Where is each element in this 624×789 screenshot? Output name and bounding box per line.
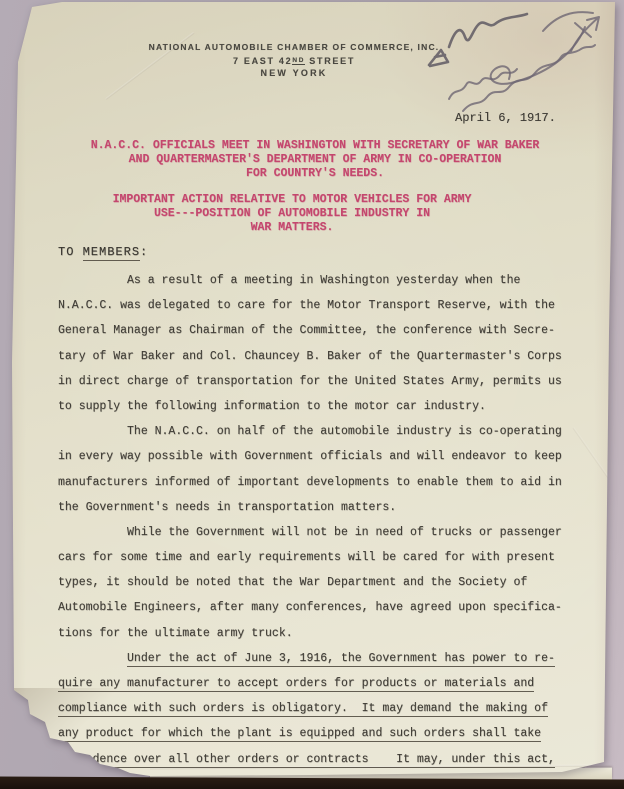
paragraph-indent	[58, 526, 127, 539]
typed-text: While the Government will not be in need…	[127, 526, 562, 539]
paragraph-indent	[58, 652, 127, 665]
typed-text: in direct charge of transportation for t…	[58, 375, 562, 388]
typed-line: cars for some time and early requirement…	[58, 545, 598, 570]
address-ordinal: ND	[292, 57, 305, 65]
typed-text: Automobile Engineers, after many confere…	[58, 601, 562, 614]
typed-text: General Manager as Chairman of the Commi…	[58, 324, 555, 337]
headline-line: WAR MATTERS.	[10, 221, 574, 235]
photo-scene: NATIONAL AUTOMOBILE CHAMBER OF COMMERCE,…	[0, 0, 624, 789]
headline-primary: N.A.C.C. OFFICIALS MEET IN WASHINGTON WI…	[10, 139, 620, 181]
typed-text: to supply the following information to t…	[58, 400, 486, 413]
letter-body: As a result of a meeting in Washington y…	[58, 268, 598, 772]
typed-text: quire any manufacturer to accept orders …	[58, 677, 534, 692]
typed-line-underlined: ecedence over all other orders or contra…	[58, 747, 598, 772]
handwritten-annotation	[415, 5, 615, 125]
typed-line: N.A.C.C. was delegated to care for the M…	[58, 293, 598, 318]
typed-text: any product for which the plant is equip…	[58, 727, 541, 742]
salutation-prefix: TO	[58, 245, 83, 259]
document-photo: { "document": { "letterhead": { "org_nam…	[0, 0, 624, 789]
typed-text: types, it should be noted that the War D…	[58, 576, 527, 589]
salutation-addressee: MEMBERS	[83, 245, 140, 261]
address-street: STREET	[305, 56, 355, 66]
headline-line: USE---POSITION OF AUTOMOBILE INDUSTRY IN	[10, 207, 574, 221]
typed-line: As a result of a meeting in Washington y…	[58, 268, 598, 293]
typed-line-underlined: Under the act of June 3, 1916, the Gover…	[58, 646, 598, 671]
typed-line-underlined: any product for which the plant is equip…	[58, 721, 598, 746]
typed-line: tions for the ultimate army truck.	[58, 621, 598, 646]
pencil-scribble-top	[449, 14, 527, 47]
salutation-colon: :	[140, 245, 148, 259]
typed-text: tary of War Baker and Col. Chauncey B. B…	[58, 350, 562, 363]
tear-gap	[58, 753, 72, 766]
typed-line-underlined: compliance with such orders is obligator…	[58, 696, 598, 721]
paper-wrap: NATIONAL AUTOMOBILE CHAMBER OF COMMERCE,…	[0, 0, 624, 789]
typed-line: The N.A.C.C. on half of the automobile i…	[58, 419, 598, 444]
typed-line: the Government's needs in transportation…	[58, 495, 598, 520]
typed-text: manufacturers informed of important deve…	[58, 476, 562, 489]
typed-line: types, it should be noted that the War D…	[58, 570, 598, 595]
typed-text: As a result of a meeting in Washington y…	[127, 274, 520, 287]
headline-line: AND QUARTERMASTER'S DEPARTMENT OF ARMY I…	[10, 153, 620, 167]
table-edge	[0, 776, 624, 789]
date-line: April 6, 1917.	[455, 111, 556, 125]
typed-text: cars for some time and early requirement…	[58, 551, 555, 564]
letter-page: NATIONAL AUTOMOBILE CHAMBER OF COMMERCE,…	[10, 2, 620, 780]
typed-line: to supply the following information to t…	[58, 394, 598, 419]
typed-text: Under the act of June 3, 1916, the Gover…	[127, 652, 555, 667]
typed-text: tions for the ultimate army truck.	[58, 627, 293, 640]
address-number: 7 EAST 42	[233, 56, 292, 66]
headline-line: FOR COUNTRY'S NEEDS.	[10, 167, 620, 181]
typed-text: N.A.C.C. was delegated to care for the M…	[58, 299, 555, 312]
headline-line: N.A.C.C. OFFICIALS MEET IN WASHINGTON WI…	[10, 139, 620, 153]
typed-line: in every way possible with Government of…	[58, 444, 598, 469]
typed-line: While the Government will not be in need…	[58, 520, 598, 545]
headline-secondary: IMPORTANT ACTION RELATIVE TO MOTOR VEHIC…	[10, 193, 620, 235]
typed-line: tary of War Baker and Col. Chauncey B. B…	[58, 344, 598, 369]
typed-text: compliance with such orders is obligator…	[58, 702, 548, 717]
paragraph-indent	[58, 274, 127, 287]
typed-line-underlined: quire any manufacturer to accept orders …	[58, 671, 598, 696]
paragraph-indent	[58, 425, 127, 438]
typed-text: in every way possible with Government of…	[58, 450, 562, 463]
typed-line: Automobile Engineers, after many confere…	[58, 595, 598, 620]
typed-text: the Government's needs in transportation…	[58, 501, 396, 514]
typed-text: ecedence over all other orders or contra…	[72, 753, 555, 768]
headline-line: IMPORTANT ACTION RELATIVE TO MOTOR VEHIC…	[10, 193, 574, 207]
pencil-loop	[491, 27, 585, 84]
typed-line: manufacturers informed of important deve…	[58, 470, 598, 495]
pencil-mark-over-inc	[429, 50, 448, 66]
typed-line: General Manager as Chairman of the Commi…	[58, 318, 598, 343]
typed-line: in direct charge of transportation for t…	[58, 369, 598, 394]
typed-text: The N.A.C.C. on half of the automobile i…	[127, 425, 562, 438]
salutation: TO MEMBERS:	[58, 245, 148, 259]
